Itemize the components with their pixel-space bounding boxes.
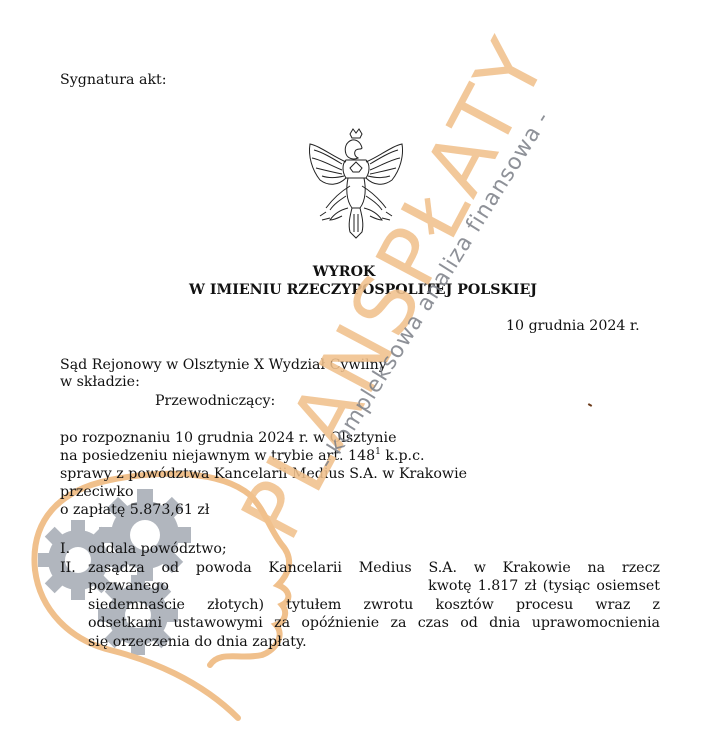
- ruling-item: I. oddala powództwo;: [60, 540, 660, 559]
- ruling-number: I.: [60, 540, 88, 559]
- ruling-line: odsetkami ustawowymi za opóźnienie za cz…: [88, 614, 660, 633]
- claim-amount-line: o zapłatę 5.873,61 zł: [60, 502, 210, 519]
- ruling-line: oddala powództwo;: [88, 540, 660, 559]
- hearing-line: sprawy z powództwa Kancelarii Medius S.A…: [60, 466, 467, 483]
- ruling-item: II. zasądza od powoda Kancelarii Medius …: [60, 559, 660, 652]
- judgment-date: 10 grudnia 2024 r.: [506, 318, 640, 335]
- court-judgment-page: Sygnatura akt: WYROK W IMIENIU RZECZYPOS…: [0, 0, 704, 730]
- ruling-text: oddala powództwo;: [88, 540, 660, 559]
- court-name: Sąd Rejonowy w Olsztynie X Wydział Cywil…: [60, 357, 387, 374]
- ruling-line: się orzeczenia do dnia zapłaty.: [88, 633, 660, 652]
- judgment-title: WYROK: [0, 263, 696, 281]
- ruling-number: II.: [60, 559, 88, 652]
- hearing-line: przeciwko: [60, 484, 134, 501]
- polish-eagle-emblem-icon: [302, 126, 410, 242]
- hearing-line: po rozpoznaniu 10 grudnia 2024 r. w Olsz…: [60, 430, 396, 447]
- case-signature-label: Sygnatura akt:: [60, 72, 167, 89]
- hearing-line-text: na posiedzeniu niejawnym w trybie art. 1…: [60, 448, 375, 464]
- ruling-line: pozwanego kwotę 1.817 zł (tysiąc osiemse…: [88, 577, 660, 596]
- ruling-text: zasądza od powoda Kancelarii Medius S.A.…: [88, 559, 660, 652]
- ruling-line: siedemnaście złotych) tytułem zwrotu kos…: [88, 596, 660, 615]
- hearing-line: na posiedzeniu niejawnym w trybie art. 1…: [60, 448, 425, 465]
- ruling-line: zasądza od powoda Kancelarii Medius S.A.…: [88, 559, 660, 578]
- judgment-subtitle: W IMIENIU RZECZYPOSPOLITEJ POLSKIEJ: [11, 281, 704, 299]
- composition-label: w składzie:: [60, 374, 140, 391]
- chair-label: Przewodniczący:: [155, 393, 275, 410]
- hearing-line-text: k.p.c.: [381, 448, 425, 464]
- ruling-list: I. oddala powództwo; II. zasądza od powo…: [60, 540, 660, 652]
- stray-mark: [588, 403, 592, 407]
